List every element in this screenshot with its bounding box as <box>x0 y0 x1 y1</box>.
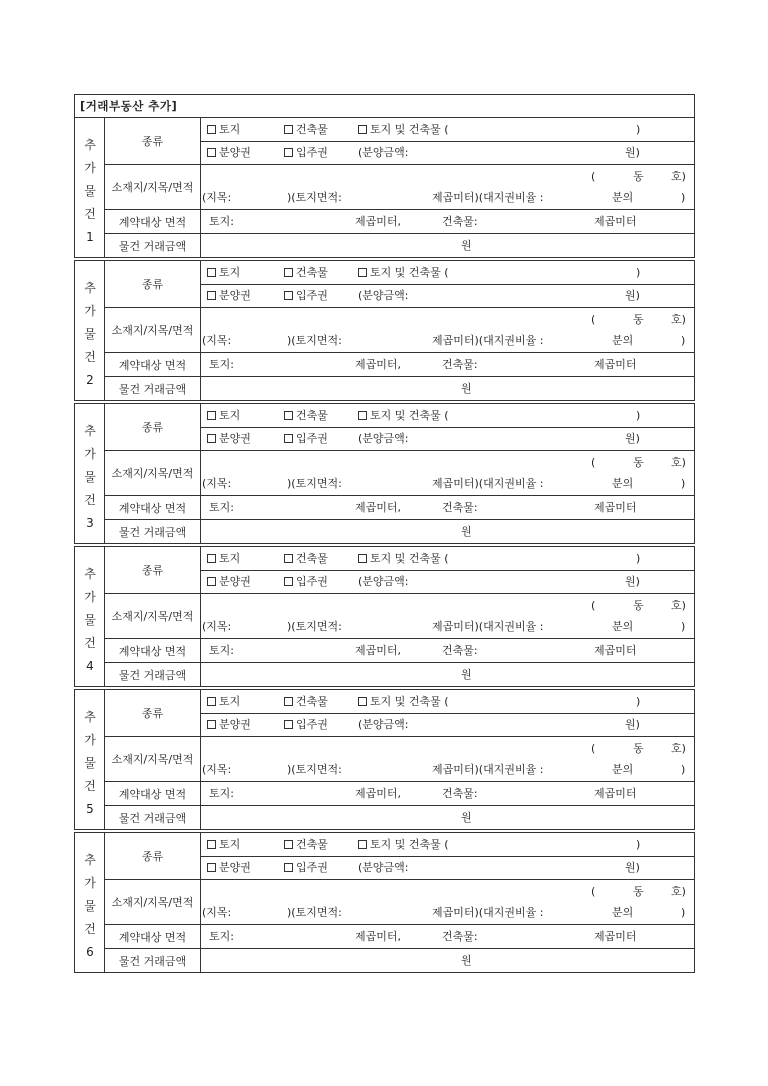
property-label-char: 가 <box>75 729 105 752</box>
presale-amount-unit: 원) <box>625 427 640 450</box>
static-text: 제곱미터, <box>355 210 401 233</box>
checkbox-presale-right[interactable]: 분양권 <box>207 427 251 450</box>
static-text: 건축물 <box>296 123 328 136</box>
static-text: 건축물 <box>296 552 328 565</box>
checkbox-land-and-building[interactable]: 토지 및 건축물 ( <box>358 690 449 713</box>
property-label-char: 건 <box>75 203 105 226</box>
location-field[interactable]: ( 동 호) (지목: )(토지면적: 제곱미터)(대지권비율 : 분의 ) <box>201 737 694 781</box>
static-text: 호) <box>671 594 686 617</box>
checkbox-icon[interactable] <box>207 577 216 586</box>
static-text: 제곱미터)(대지권비율 : <box>432 186 543 209</box>
static-text: 건축물: <box>442 925 478 948</box>
static-text: 분의 <box>612 472 633 495</box>
checkbox-icon[interactable] <box>207 554 216 563</box>
static-text: 건축물: <box>442 210 478 233</box>
checkbox-icon[interactable] <box>207 148 216 157</box>
property-label-char: 물 <box>75 180 105 203</box>
static-text: 토지 및 건축물 ( <box>370 409 449 422</box>
static-text: 토지 <box>219 266 240 279</box>
static-text: 제곱미터)(대지권비율 : <box>432 901 543 924</box>
type-label: 종류 <box>105 261 201 307</box>
static-text: 제곱미터, <box>355 353 401 376</box>
checkbox-icon[interactable] <box>284 148 293 157</box>
checkbox-icon[interactable] <box>358 697 367 706</box>
contract-area-row: 계약대상 면적 토지: 제곱미터, 건축물: 제곱미터 <box>105 496 694 520</box>
property-label-char: 물 <box>75 323 105 346</box>
static-text: ( <box>591 880 595 903</box>
contract-area-field[interactable]: 토지: 제곱미터, 건축물: 제곱미터 <box>201 496 694 519</box>
static-text: 분양권 <box>219 146 251 159</box>
static-text: ) <box>681 758 685 781</box>
static-text: 호) <box>671 737 686 760</box>
price-field[interactable]: 원 <box>201 806 694 829</box>
price-row: 물건 거래금액 원 <box>105 806 694 829</box>
contract-area-field[interactable]: 토지: 제곱미터, 건축물: 제곱미터 <box>201 639 694 662</box>
checkbox-icon[interactable] <box>358 268 367 277</box>
presale-amount-unit: 원) <box>625 141 640 164</box>
checkbox-icon[interactable] <box>284 577 293 586</box>
checkbox-icon[interactable] <box>284 554 293 563</box>
presale-amount-unit: 원) <box>625 713 640 736</box>
checkbox-building[interactable]: 건축물 <box>284 690 328 713</box>
static-text: 제곱미터)(대지권비율 : <box>432 472 543 495</box>
property-label-char: 1 <box>75 226 105 249</box>
checkbox-icon[interactable] <box>207 434 216 443</box>
property-label-char: 추 <box>75 134 105 157</box>
contract-area-field[interactable]: 토지: 제곱미터, 건축물: 제곱미터 <box>201 353 694 376</box>
checkbox-land-and-building[interactable]: 토지 및 건축물 ( <box>358 118 449 141</box>
type-label: 종류 <box>105 690 201 736</box>
static-text: 동 <box>633 308 644 331</box>
additional-property-block-5: 추 가 물 건 5 종류 토지 건축물 토지 및 건축물 ( ) 분양권 입주권 <box>74 689 695 830</box>
price-field[interactable]: 원 <box>201 663 694 686</box>
static-text: 건축물 <box>296 838 328 851</box>
location-label: 소재지/지목/면적 <box>105 880 201 924</box>
property-label-char: 추 <box>75 420 105 443</box>
static-text: 원 <box>461 234 472 257</box>
contract-area-field[interactable]: 토지: 제곱미터, 건축물: 제곱미터 <box>201 210 694 233</box>
static-text: ) <box>681 472 685 495</box>
price-field[interactable]: 원 <box>201 949 694 972</box>
location-row: 소재지/지목/면적 ( 동 호) (지목: )(토지면적: 제곱미터)(대지권비… <box>105 451 694 496</box>
checkbox-building[interactable]: 건축물 <box>284 833 328 856</box>
price-label: 물건 거래금액 <box>105 520 201 543</box>
checkbox-icon[interactable] <box>284 291 293 300</box>
property-number-label: 추 가 물 건 4 <box>75 547 105 686</box>
static-text: 분의 <box>612 758 633 781</box>
static-text: 동 <box>633 451 644 474</box>
location-field[interactable]: ( 동 호) (지목: )(토지면적: 제곱미터)(대지권비율 : 분의 ) <box>201 308 694 352</box>
price-label: 물건 거래금액 <box>105 663 201 686</box>
checkbox-icon[interactable] <box>284 125 293 134</box>
checkbox-land[interactable]: 토지 <box>207 261 240 284</box>
section-title: [거래부동산 추가] <box>80 98 177 114</box>
location-label: 소재지/지목/면적 <box>105 165 201 209</box>
property-label-char: 물 <box>75 466 105 489</box>
static-text: 토지 및 건축물 ( <box>370 695 449 708</box>
static-text: 건축물 <box>296 409 328 422</box>
static-text: 토지: <box>209 210 234 233</box>
static-text: 동 <box>633 165 644 188</box>
checkbox-icon[interactable] <box>358 125 367 134</box>
static-text: 원 <box>461 377 472 400</box>
checkbox-icon[interactable] <box>207 125 216 134</box>
property-label-char: 물 <box>75 609 105 632</box>
price-field[interactable]: 원 <box>201 234 694 257</box>
static-text: 토지 <box>219 838 240 851</box>
static-text: 토지: <box>209 925 234 948</box>
checkbox-occupancy-right[interactable]: 입주권 <box>284 856 328 879</box>
contract-area-label: 계약대상 면적 <box>105 925 201 948</box>
static-text: 건축물: <box>442 496 478 519</box>
static-text: 분양권 <box>219 575 251 588</box>
static-text: 건축물: <box>442 639 478 662</box>
static-text: 토지: <box>209 353 234 376</box>
static-text: 원 <box>461 663 472 686</box>
location-field[interactable]: ( 동 호) (지목: )(토지면적: 제곱미터)(대지권비율 : 분의 ) <box>201 594 694 638</box>
property-number-label: 추 가 물 건 5 <box>75 690 105 829</box>
static-text: 토지 <box>219 695 240 708</box>
additional-property-block-1: 추 가 물 건 1 종류 토지 건축물 토지 및 건축물 ( ) 분양권 입주권 <box>74 117 695 258</box>
checkbox-building[interactable]: 건축물 <box>284 547 328 570</box>
static-text: (지목: <box>202 615 231 638</box>
static-text: 입주권 <box>296 718 328 731</box>
location-label: 소재지/지목/면적 <box>105 451 201 495</box>
type-row: 종류 토지 건축물 토지 및 건축물 ( ) 분양권 입주권 (분양금액: 원) <box>105 833 694 880</box>
static-text: ( <box>591 737 595 760</box>
price-row: 물건 거래금액 원 <box>105 377 694 400</box>
price-row: 물건 거래금액 원 <box>105 949 694 972</box>
static-text: )(토지면적: <box>287 329 342 352</box>
property-label-char: 6 <box>75 941 105 964</box>
property-label-char: 4 <box>75 655 105 678</box>
static-text: 토지 <box>219 123 240 136</box>
type-label: 종류 <box>105 404 201 450</box>
checkbox-land-and-building[interactable]: 토지 및 건축물 ( <box>358 547 449 570</box>
type-label: 종류 <box>105 547 201 593</box>
checkbox-icon[interactable] <box>358 554 367 563</box>
property-label-char: 5 <box>75 798 105 821</box>
contract-area-label: 계약대상 면적 <box>105 639 201 662</box>
type-row: 종류 토지 건축물 토지 및 건축물 ( ) 분양권 입주권 (분양금액: 원) <box>105 547 694 594</box>
presale-amount-label: (분양금액: <box>358 570 409 593</box>
property-number-label: 추 가 물 건 3 <box>75 404 105 543</box>
static-text: 분양권 <box>219 861 251 874</box>
type-row: 종류 토지 건축물 토지 및 건축물 ( ) 분양권 입주권 (분양금액: 원) <box>105 118 694 165</box>
price-row: 물건 거래금액 원 <box>105 663 694 686</box>
static-text: 건축물: <box>442 353 478 376</box>
property-label-char: 추 <box>75 277 105 300</box>
static-text: 제곱미터)(대지권비율 : <box>432 615 543 638</box>
checkbox-icon[interactable] <box>284 697 293 706</box>
checkbox-icon[interactable] <box>207 268 216 277</box>
static-text: 동 <box>633 880 644 903</box>
type-row: 종류 토지 건축물 토지 및 건축물 ( ) 분양권 입주권 (분양금액: 원) <box>105 404 694 451</box>
static-text: 제곱미터 <box>594 639 637 662</box>
type-row: 종류 토지 건축물 토지 및 건축물 ( ) 분양권 입주권 (분양금액: 원) <box>105 690 694 737</box>
static-text: 분의 <box>612 615 633 638</box>
type-label: 종류 <box>105 118 201 164</box>
static-text: 제곱미터, <box>355 496 401 519</box>
price-row: 물건 거래금액 원 <box>105 520 694 543</box>
static-text: 분의 <box>612 901 633 924</box>
static-text: )(토지면적: <box>287 472 342 495</box>
static-text: (지목: <box>202 472 231 495</box>
property-label-char: 추 <box>75 706 105 729</box>
price-label: 물건 거래금액 <box>105 949 201 972</box>
static-text: 입주권 <box>296 432 328 445</box>
static-text: )(토지면적: <box>287 758 342 781</box>
paren-close: ) <box>636 404 640 427</box>
static-text: 건축물 <box>296 695 328 708</box>
property-number-label: 추 가 물 건 2 <box>75 261 105 400</box>
checkbox-icon[interactable] <box>207 697 216 706</box>
checkbox-land[interactable]: 토지 <box>207 547 240 570</box>
checkbox-icon[interactable] <box>284 863 293 872</box>
checkbox-land-and-building[interactable]: 토지 및 건축물 ( <box>358 404 449 427</box>
property-label-char: 건 <box>75 775 105 798</box>
static-text: 토지 및 건축물 ( <box>370 838 449 851</box>
contract-area-field[interactable]: 토지: 제곱미터, 건축물: 제곱미터 <box>201 782 694 805</box>
contract-area-row: 계약대상 면적 토지: 제곱미터, 건축물: 제곱미터 <box>105 210 694 234</box>
price-label: 물건 거래금액 <box>105 234 201 257</box>
property-label-char: 가 <box>75 586 105 609</box>
static-text: 제곱미터 <box>594 210 637 233</box>
checkbox-occupancy-right[interactable]: 입주권 <box>284 427 328 450</box>
static-text: 제곱미터 <box>594 353 637 376</box>
static-text: 토지 <box>219 409 240 422</box>
static-text: ) <box>681 186 685 209</box>
location-field[interactable]: ( 동 호) (지목: )(토지면적: 제곱미터)(대지권비율 : 분의 ) <box>201 451 694 495</box>
static-text: 원 <box>461 806 472 829</box>
checkbox-land[interactable]: 토지 <box>207 833 240 856</box>
static-text: 토지 및 건축물 ( <box>370 266 449 279</box>
property-label-char: 물 <box>75 752 105 775</box>
location-label: 소재지/지목/면적 <box>105 737 201 781</box>
property-number-label: 추 가 물 건 6 <box>75 833 105 972</box>
checkbox-icon[interactable] <box>207 840 216 849</box>
static-text: ( <box>591 308 595 331</box>
checkbox-occupancy-right[interactable]: 입주권 <box>284 570 328 593</box>
presale-amount-label: (분양금액: <box>358 713 409 736</box>
static-text: 토지: <box>209 496 234 519</box>
checkbox-presale-right[interactable]: 분양권 <box>207 856 251 879</box>
type-label: 종류 <box>105 833 201 879</box>
checkbox-building[interactable]: 건축물 <box>284 261 328 284</box>
checkbox-land[interactable]: 토지 <box>207 404 240 427</box>
checkbox-icon[interactable] <box>284 720 293 729</box>
presale-amount-label: (분양금액: <box>358 284 409 307</box>
checkbox-icon[interactable] <box>284 411 293 420</box>
contract-area-label: 계약대상 면적 <box>105 782 201 805</box>
additional-property-block-4: 추 가 물 건 4 종류 토지 건축물 토지 및 건축물 ( ) 분양권 입주권 <box>74 546 695 687</box>
static-text: 분양권 <box>219 432 251 445</box>
contract-area-label: 계약대상 면적 <box>105 353 201 376</box>
static-text: ) <box>681 901 685 924</box>
checkbox-occupancy-right[interactable]: 입주권 <box>284 141 328 164</box>
presale-amount-label: (분양금액: <box>358 141 409 164</box>
static-text: 제곱미터 <box>594 782 637 805</box>
property-label-char: 가 <box>75 157 105 180</box>
static-text: 호) <box>671 308 686 331</box>
checkbox-icon[interactable] <box>358 840 367 849</box>
section-title-row: [거래부동산 추가] <box>74 94 695 117</box>
static-text: 호) <box>671 880 686 903</box>
property-label-char: 가 <box>75 300 105 323</box>
paren-close: ) <box>636 547 640 570</box>
location-row: 소재지/지목/면적 ( 동 호) (지목: )(토지면적: 제곱미터)(대지권비… <box>105 737 694 782</box>
location-row: 소재지/지목/면적 ( 동 호) (지목: )(토지면적: 제곱미터)(대지권비… <box>105 165 694 210</box>
checkbox-building[interactable]: 건축물 <box>284 404 328 427</box>
property-label-char: 가 <box>75 443 105 466</box>
contract-area-row: 계약대상 면적 토지: 제곱미터, 건축물: 제곱미터 <box>105 782 694 806</box>
static-text: 건축물: <box>442 782 478 805</box>
checkbox-icon[interactable] <box>284 840 293 849</box>
static-text: 제곱미터 <box>594 925 637 948</box>
contract-area-label: 계약대상 면적 <box>105 210 201 233</box>
property-label-char: 가 <box>75 872 105 895</box>
static-text: 토지 <box>219 552 240 565</box>
price-label: 물건 거래금액 <box>105 377 201 400</box>
property-label-char: 물 <box>75 895 105 918</box>
static-text: 동 <box>633 737 644 760</box>
static-text: ( <box>591 451 595 474</box>
contract-area-field[interactable]: 토지: 제곱미터, 건축물: 제곱미터 <box>201 925 694 948</box>
property-label-char: 추 <box>75 563 105 586</box>
checkbox-icon[interactable] <box>284 268 293 277</box>
static-text: 입주권 <box>296 146 328 159</box>
static-text: ) <box>681 615 685 638</box>
checkbox-icon[interactable] <box>207 411 216 420</box>
checkbox-presale-right[interactable]: 분양권 <box>207 284 251 307</box>
static-text: 제곱미터, <box>355 925 401 948</box>
location-label: 소재지/지목/면적 <box>105 594 201 638</box>
contract-area-row: 계약대상 면적 토지: 제곱미터, 건축물: 제곱미터 <box>105 639 694 663</box>
static-text: 건축물 <box>296 266 328 279</box>
location-field[interactable]: ( 동 호) (지목: )(토지면적: 제곱미터)(대지권비율 : 분의 ) <box>201 165 694 209</box>
paren-close: ) <box>636 261 640 284</box>
static-text: 분양권 <box>219 718 251 731</box>
checkbox-land-and-building[interactable]: 토지 및 건축물 ( <box>358 833 449 856</box>
presale-amount-unit: 원) <box>625 856 640 879</box>
additional-property-block-6: 추 가 물 건 6 종류 토지 건축물 토지 및 건축물 ( ) 분양권 입주권 <box>74 832 695 973</box>
location-row: 소재지/지목/면적 ( 동 호) (지목: )(토지면적: 제곱미터)(대지권비… <box>105 880 694 925</box>
static-text: 토지 및 건축물 ( <box>370 123 449 136</box>
property-number-label: 추 가 물 건 1 <box>75 118 105 257</box>
static-text: 호) <box>671 451 686 474</box>
checkbox-presale-right[interactable]: 분양권 <box>207 141 251 164</box>
property-label-char: 추 <box>75 849 105 872</box>
static-text: 동 <box>633 594 644 617</box>
checkbox-occupancy-right[interactable]: 입주권 <box>284 713 328 736</box>
static-text: 분의 <box>612 329 633 352</box>
static-text: (지목: <box>202 186 231 209</box>
price-row: 물건 거래금액 원 <box>105 234 694 257</box>
property-label-char: 건 <box>75 489 105 512</box>
presale-amount-unit: 원) <box>625 570 640 593</box>
additional-property-block-2: 추 가 물 건 2 종류 토지 건축물 토지 및 건축물 ( ) 분양권 입주권 <box>74 260 695 401</box>
paren-close: ) <box>636 118 640 141</box>
location-row: 소재지/지목/면적 ( 동 호) (지목: )(토지면적: 제곱미터)(대지권비… <box>105 308 694 353</box>
property-label-char: 3 <box>75 512 105 535</box>
static-text: (지목: <box>202 329 231 352</box>
location-label: 소재지/지목/면적 <box>105 308 201 352</box>
checkbox-building[interactable]: 건축물 <box>284 118 328 141</box>
static-text: 토지: <box>209 639 234 662</box>
contract-area-label: 계약대상 면적 <box>105 496 201 519</box>
static-text: 입주권 <box>296 575 328 588</box>
static-text: 토지 및 건축물 ( <box>370 552 449 565</box>
checkbox-icon[interactable] <box>207 863 216 872</box>
static-text: )(토지면적: <box>287 186 342 209</box>
static-text: (지목: <box>202 901 231 924</box>
static-text: )(토지면적: <box>287 901 342 924</box>
static-text: 분양권 <box>219 289 251 302</box>
checkbox-presale-right[interactable]: 분양권 <box>207 713 251 736</box>
checkbox-presale-right[interactable]: 분양권 <box>207 570 251 593</box>
presale-amount-label: (분양금액: <box>358 427 409 450</box>
static-text: 분의 <box>612 186 633 209</box>
checkbox-land[interactable]: 토지 <box>207 690 240 713</box>
static-text: 제곱미터)(대지권비율 : <box>432 758 543 781</box>
static-text: 입주권 <box>296 289 328 302</box>
property-label-char: 2 <box>75 369 105 392</box>
static-text: 제곱미터 <box>594 496 637 519</box>
presale-amount-unit: 원) <box>625 284 640 307</box>
static-text: 원 <box>461 949 472 972</box>
type-row: 종류 토지 건축물 토지 및 건축물 ( ) 분양권 입주권 (분양금액: 원) <box>105 261 694 308</box>
paren-close: ) <box>636 690 640 713</box>
static-text: ) <box>681 329 685 352</box>
static-text: 제곱미터)(대지권비율 : <box>432 329 543 352</box>
checkbox-occupancy-right[interactable]: 입주권 <box>284 284 328 307</box>
static-text: 토지: <box>209 782 234 805</box>
property-label-char: 건 <box>75 346 105 369</box>
static-text: ( <box>591 165 595 188</box>
checkbox-icon[interactable] <box>284 434 293 443</box>
static-text: 입주권 <box>296 861 328 874</box>
static-text: 제곱미터, <box>355 639 401 662</box>
static-text: 원 <box>461 520 472 543</box>
property-label-char: 건 <box>75 632 105 655</box>
static-text: 제곱미터, <box>355 782 401 805</box>
static-text: 호) <box>671 165 686 188</box>
location-field[interactable]: ( 동 호) (지목: )(토지면적: 제곱미터)(대지권비율 : 분의 ) <box>201 880 694 924</box>
checkbox-icon[interactable] <box>358 411 367 420</box>
presale-amount-label: (분양금액: <box>358 856 409 879</box>
additional-property-block-3: 추 가 물 건 3 종류 토지 건축물 토지 및 건축물 ( ) 분양권 입주권 <box>74 403 695 544</box>
property-label-char: 건 <box>75 918 105 941</box>
checkbox-icon[interactable] <box>207 291 216 300</box>
location-row: 소재지/지목/면적 ( 동 호) (지목: )(토지면적: 제곱미터)(대지권비… <box>105 594 694 639</box>
contract-area-row: 계약대상 면적 토지: 제곱미터, 건축물: 제곱미터 <box>105 925 694 949</box>
price-label: 물건 거래금액 <box>105 806 201 829</box>
price-field[interactable]: 원 <box>201 520 694 543</box>
price-field[interactable]: 원 <box>201 377 694 400</box>
paren-close: ) <box>636 833 640 856</box>
static-text: ( <box>591 594 595 617</box>
static-text: )(토지면적: <box>287 615 342 638</box>
checkbox-land-and-building[interactable]: 토지 및 건축물 ( <box>358 261 449 284</box>
static-text: (지목: <box>202 758 231 781</box>
checkbox-land[interactable]: 토지 <box>207 118 240 141</box>
contract-area-row: 계약대상 면적 토지: 제곱미터, 건축물: 제곱미터 <box>105 353 694 377</box>
checkbox-icon[interactable] <box>207 720 216 729</box>
